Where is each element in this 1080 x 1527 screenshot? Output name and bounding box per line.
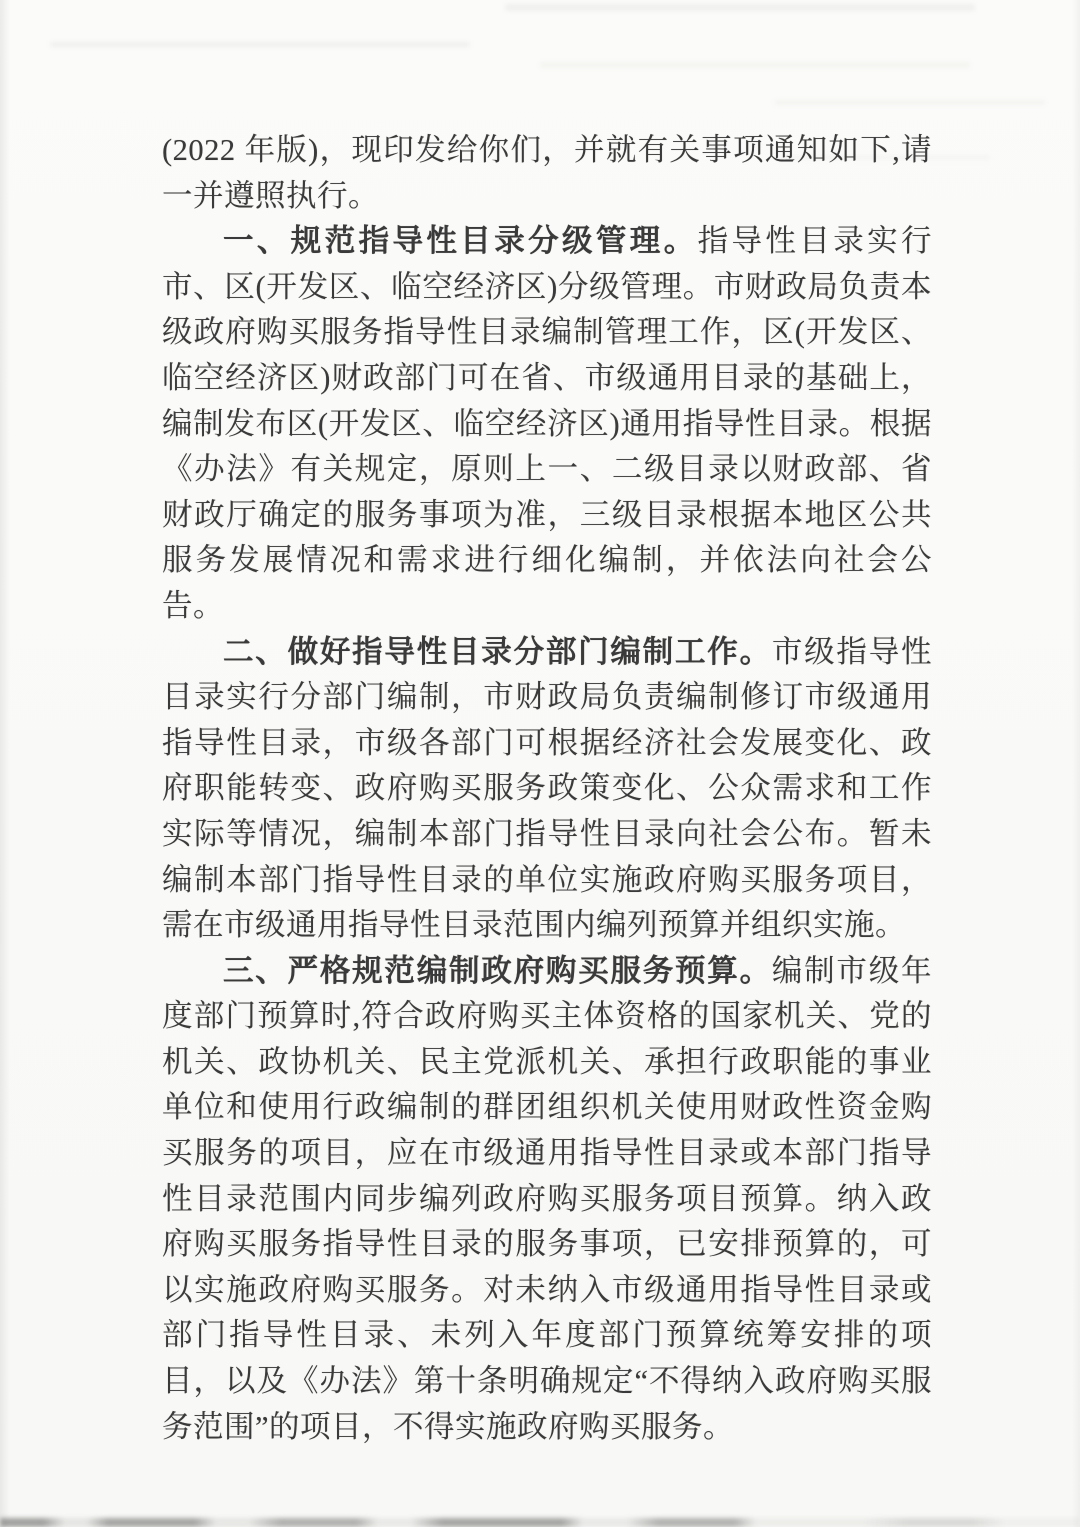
paragraph-text: 编制市级年度部门预算时,符合政府购买主体资格的国家机关、党的机关、政协机关、民主… — [162, 954, 932, 1444]
section-2-heading: 二、做好指导性目录分部门编制工作。 — [223, 635, 772, 669]
scanned-document-page: (2022 年版)，现印发给你们，并就有关事项通知如下,请一并遵照执行。 一、规… — [0, 0, 1080, 1527]
paragraph-section-3: 三、严格规范编制政府购买服务预算。编制市级年度部门预算时,符合政府购买主体资格的… — [162, 949, 932, 1451]
paragraph-section-1: 一、规范指导性目录分级管理。指导性目录实行市、区(开发区、临空经济区)分级管理。… — [162, 219, 932, 629]
section-1-heading: 一、规范指导性目录分级管理。 — [223, 224, 698, 258]
paragraph-text: (2022 年版)，现印发给你们，并就有关事项通知如下,请一并遵照执行。 — [162, 133, 932, 213]
bleed-through-artifact — [505, 4, 975, 11]
bleed-through-artifact — [50, 42, 470, 47]
scan-edge-artifact — [0, 1518, 1080, 1527]
paragraph-text: 指导性目录实行市、区(开发区、临空经济区)分级管理。市财政局负责本级政府购买服务… — [162, 224, 932, 623]
paragraph-continuation: (2022 年版)，现印发给你们，并就有关事项通知如下,请一并遵照执行。 — [162, 128, 932, 219]
paragraph-section-2: 二、做好指导性目录分部门编制工作。市级指导性目录实行分部门编制，市财政局负责编制… — [162, 630, 932, 949]
paragraph-text: 市级指导性目录实行分部门编制，市财政局负责编制修订市级通用指导性目录，市级各部门… — [162, 635, 932, 943]
document-body: (2022 年版)，现印发给你们，并就有关事项通知如下,请一并遵照执行。 一、规… — [162, 128, 932, 1450]
bleed-through-artifact — [540, 62, 970, 68]
section-3-heading: 三、严格规范编制政府购买服务预算。 — [223, 954, 772, 988]
bleed-through-artifact — [775, 100, 1045, 105]
